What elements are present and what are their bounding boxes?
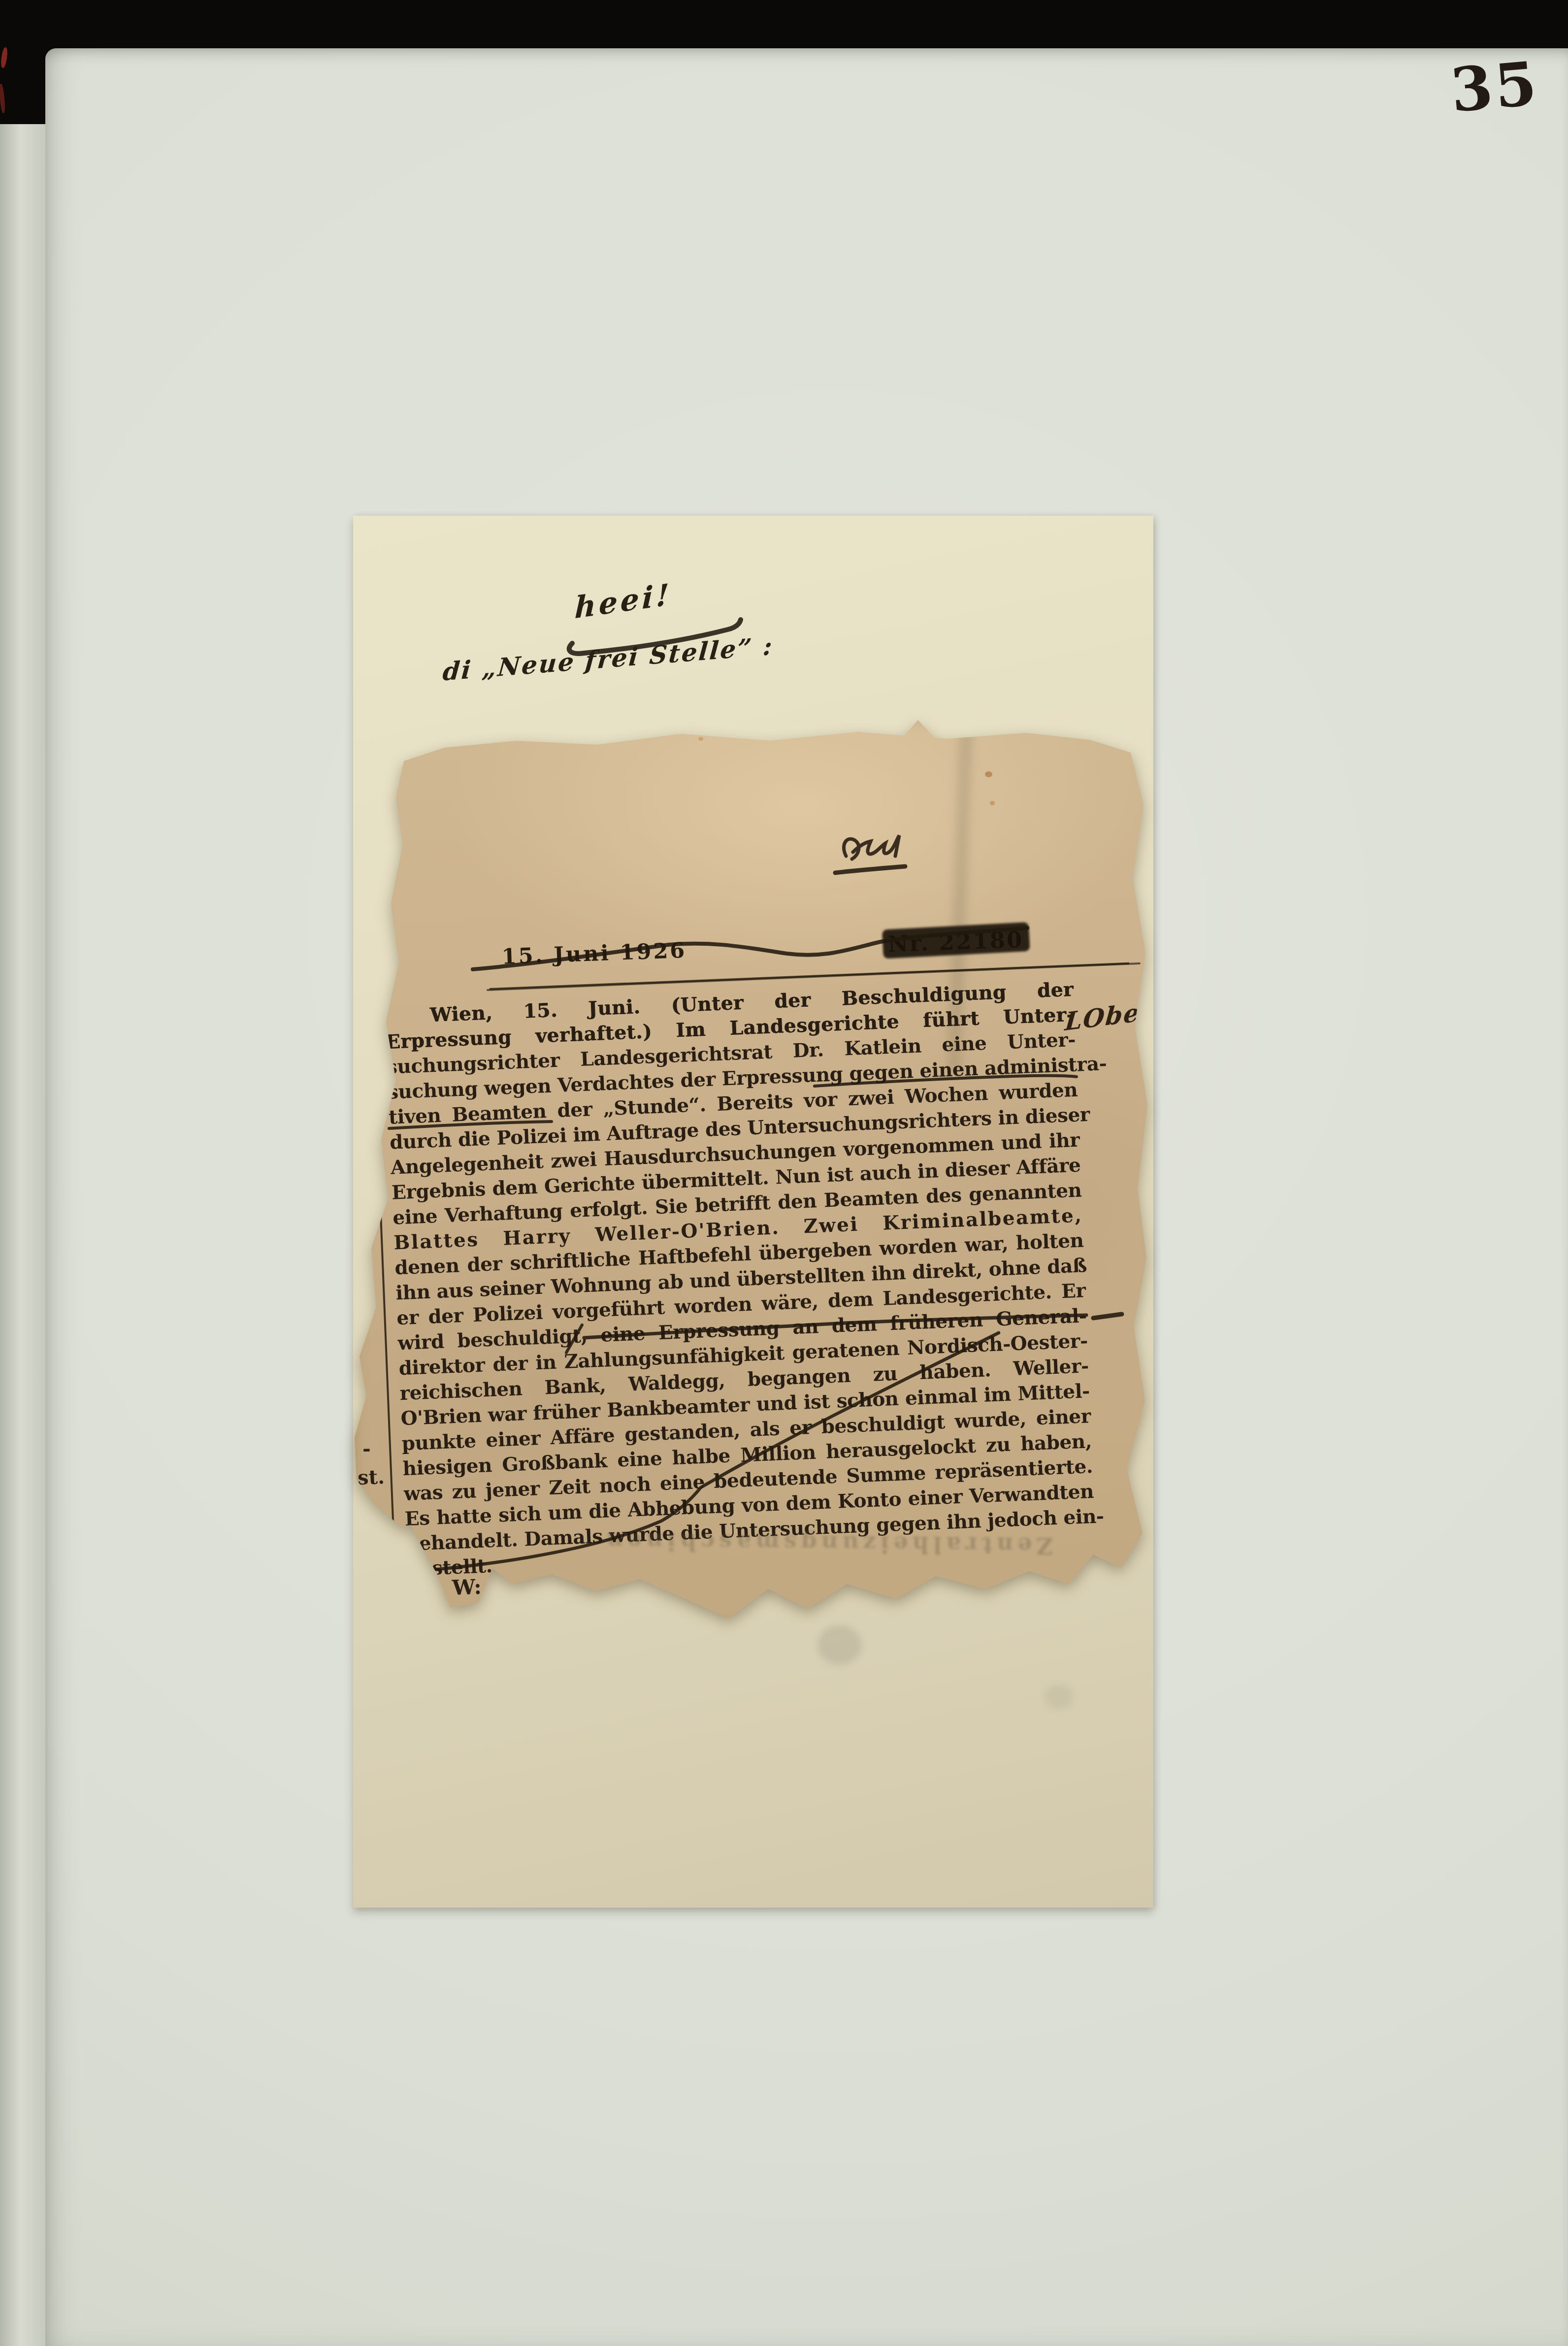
page-edge-curl (0, 124, 45, 2346)
foxing-spot (698, 737, 703, 741)
bottom-line-fragment: W: (452, 1575, 482, 1600)
foxing-spot (985, 771, 992, 777)
folio-number: 35 (1448, 48, 1541, 126)
article-text: Wien, 15. Juni. (Unter der Beschuldigung… (384, 977, 1096, 1582)
foxing-spot (990, 801, 995, 805)
spine-red-speck (0, 84, 6, 114)
article-column: Wien, 15. Juni. (Unter der Beschuldigung… (384, 977, 1096, 1582)
archive-scan: { "document": { "folio_number": "35" }, … (0, 0, 1568, 2346)
paper-smudge (1044, 1685, 1074, 1709)
left-column-fragment: n (364, 1501, 379, 1525)
left-column-fragment: st. (357, 1465, 385, 1489)
spine-red-speck (0, 47, 8, 68)
clipping-issue-number: Nr. 22180 (887, 926, 1024, 958)
left-column-fragment: - (362, 1437, 371, 1461)
newspaper-clipping: 15. Juni 1926 Nr. 22180 Wien, 15. Juni. … (354, 713, 1166, 1644)
clipping-paper: 15. Juni 1926 Nr. 22180 Wien, 15. Juni. … (354, 713, 1166, 1644)
